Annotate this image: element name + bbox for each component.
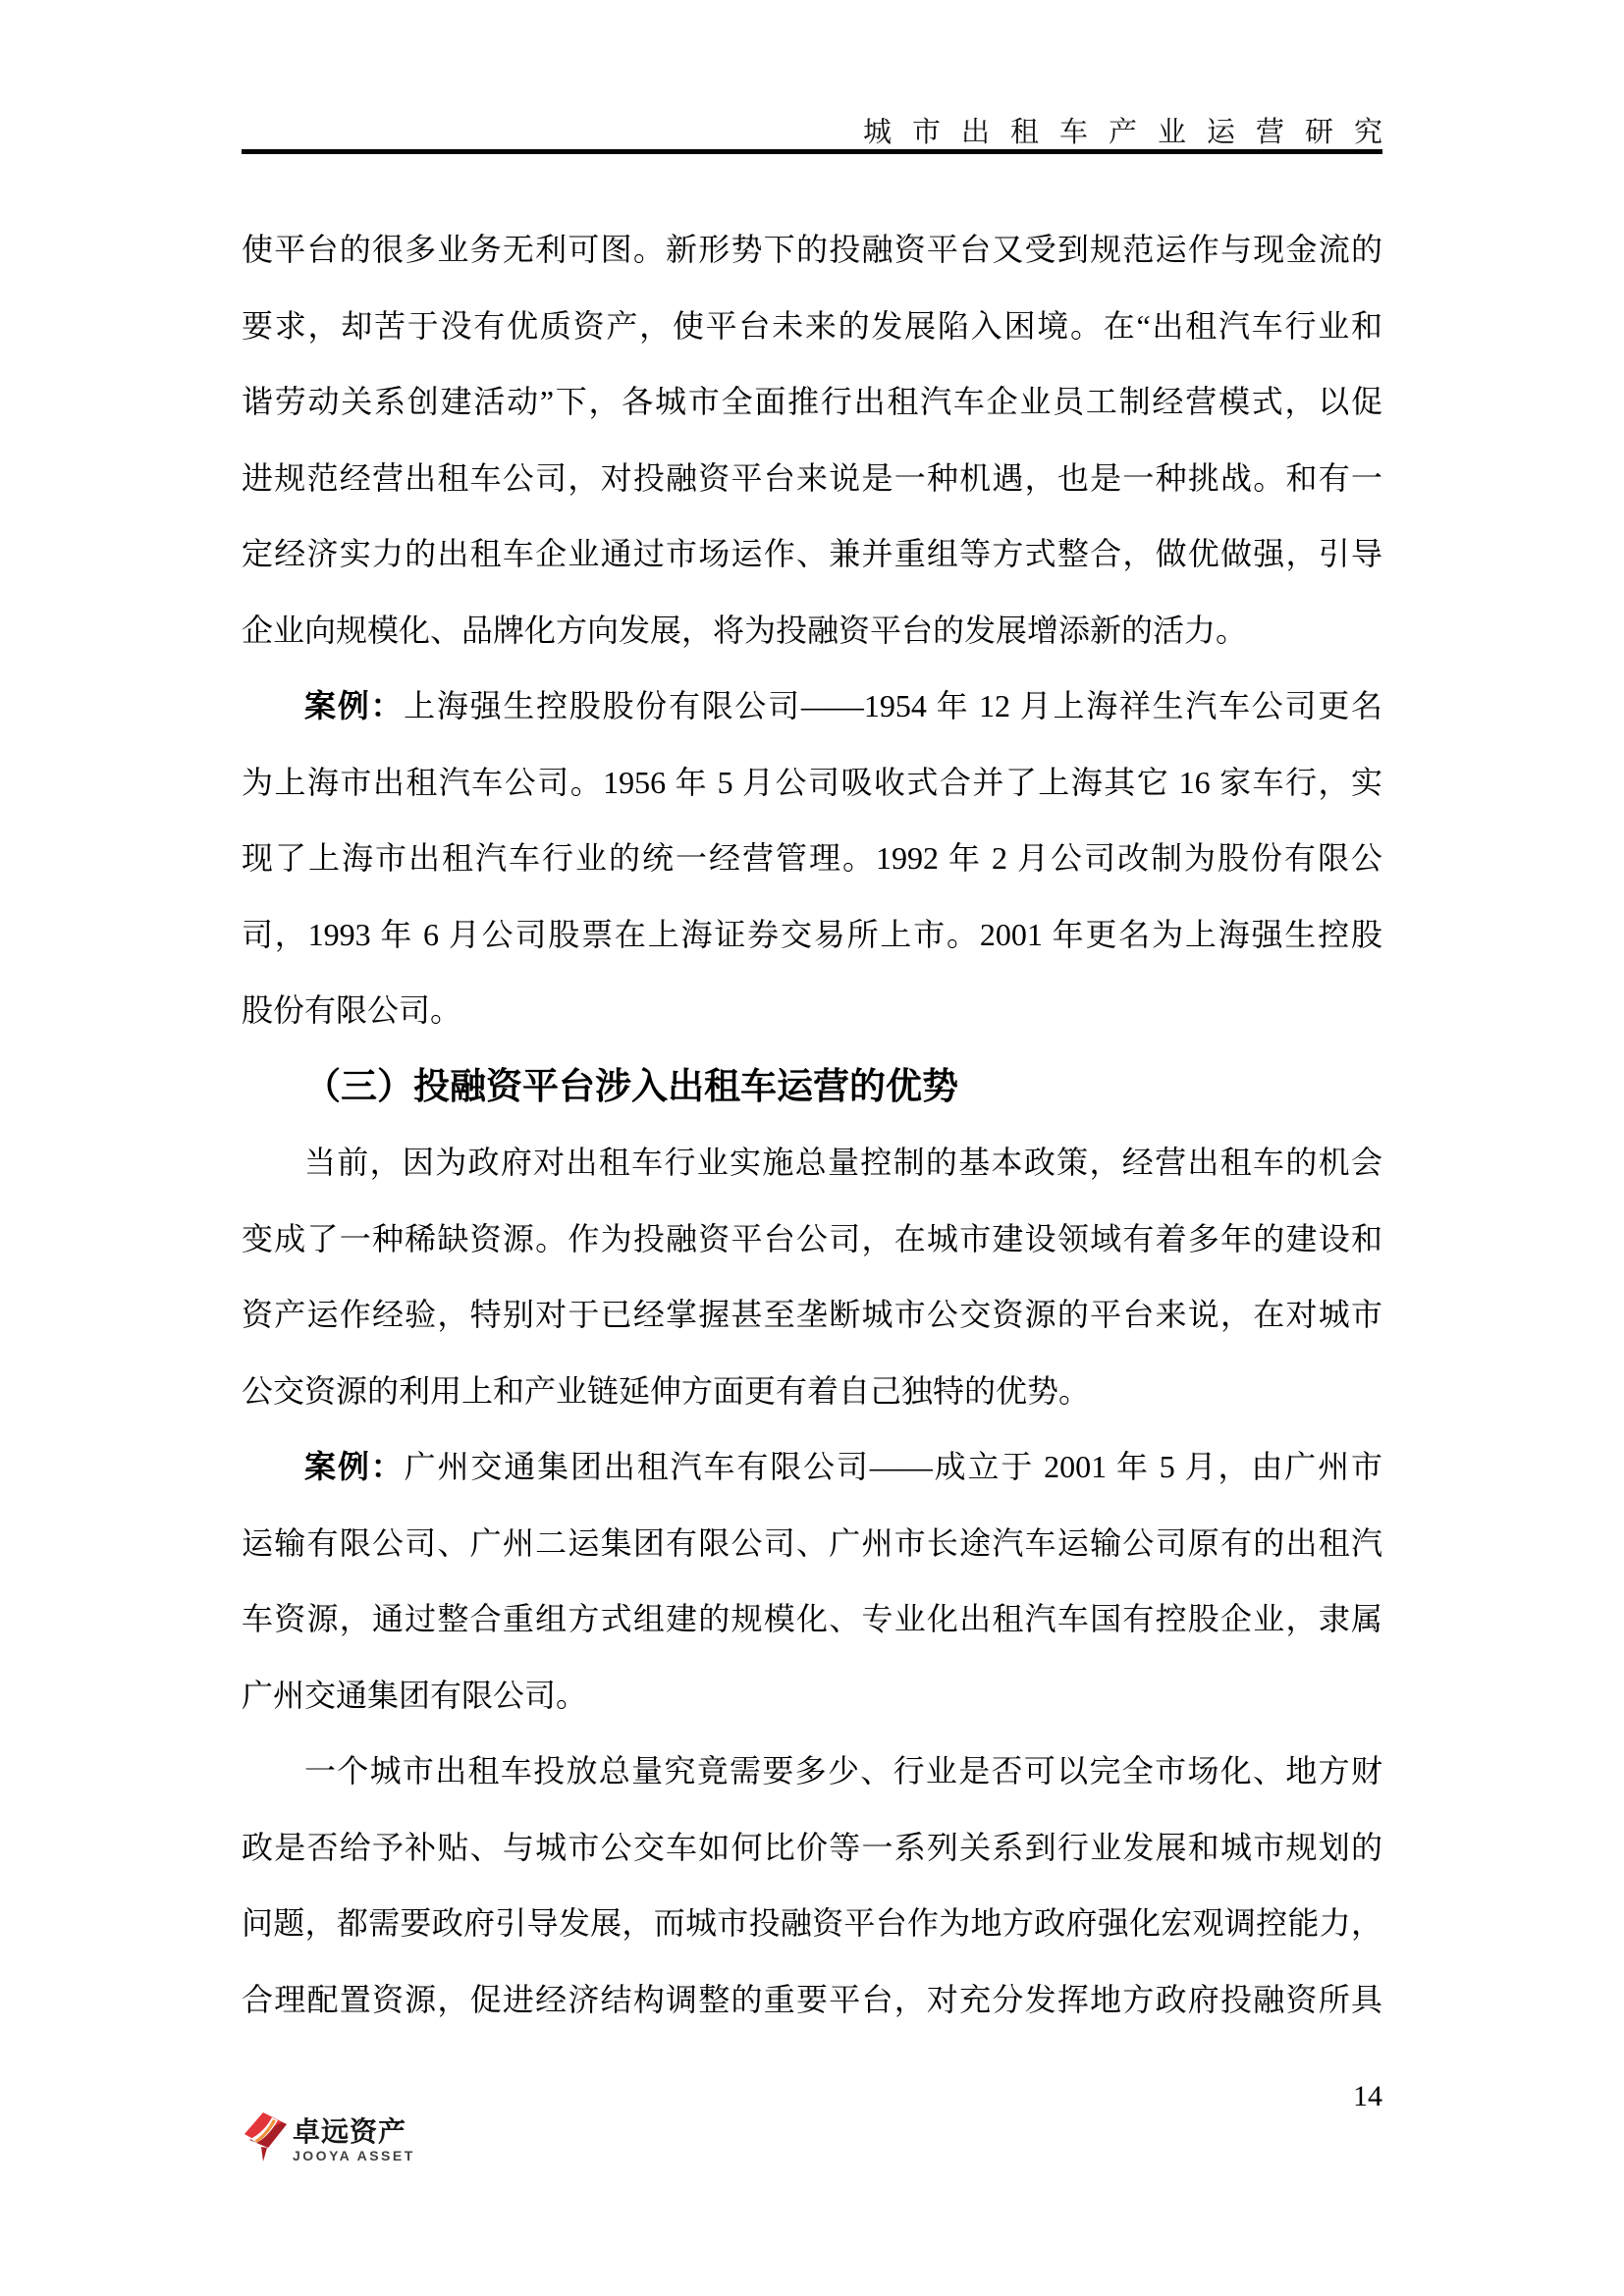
text-segment: 股份有限公司。 [242, 992, 461, 1028]
text-segment: 进规范经营出租车公司，对投融资平台来说是一种机遇，也是一种挑战。和有一 [242, 460, 1382, 496]
logo-tail [261, 2147, 267, 2162]
text-segment: 要求，却苦于没有优质资产，使平台未来的发展陷入困境。在“出租汽车行业和 [242, 308, 1382, 344]
header-title: 城市出租车产业运营研究 [863, 110, 1403, 150]
header-rule [242, 149, 1382, 154]
text-line: 案例：上海强生控股股份有限公司——1954 年 12 月上海祥生汽车公司更名 [242, 668, 1382, 745]
text-segment: 使平台的很多业务无利可图。新形势下的投融资平台又受到规范运作与现金流的 [242, 232, 1382, 267]
text-segment: 变成了一种稀缺资源。作为投融资平台公司，在城市建设领域有着多年的建设和 [242, 1221, 1382, 1256]
logo-text: 卓远资产 JOOYA ASSET [293, 2111, 415, 2163]
text-segment: 运输有限公司、广州二运集团有限公司、广州市长途汽车运输公司原有的出租汽 [242, 1525, 1382, 1561]
company-logo: 卓远资产 JOOYA ASSET [243, 2111, 415, 2163]
text-line: 司，1993 年 6 月公司股票在上海证券交易所上市。2001 年更名为上海强生… [242, 897, 1382, 974]
text-line: 当前，因为政府对出租车行业实施总量控制的基本政策，经营出租车的机会 [242, 1125, 1382, 1201]
text-line: 车资源，通过整合重组方式组建的规模化、专业化出租汽车国有控股企业，隶属 [242, 1581, 1382, 1658]
page-number: 14 [1353, 2080, 1382, 2113]
text-line: 为上海市出租汽车公司。1956 年 5 月公司吸收式合并了上海其它 16 家车行… [242, 745, 1382, 822]
text-line: 资产运作经验，特别对于已经掌握甚至垄断城市公交资源的平台来说，在对城市 [242, 1277, 1382, 1354]
text-segment: 问题，都需要政府引导发展，而城市投融资平台作为地方政府强化宏观调控能力， [242, 1905, 1382, 1941]
text-line: 运输有限公司、广州二运集团有限公司、广州市长途汽车运输公司原有的出租汽 [242, 1506, 1382, 1582]
text-line: 企业向规模化、品牌化方向发展，将为投融资平台的发展增添新的活力。 [242, 593, 1382, 669]
text-line: 进规范经营出租车公司，对投融资平台来说是一种机遇，也是一种挑战。和有一 [242, 441, 1382, 517]
section-heading: （三）投融资平台涉入出租车运营的优势 [242, 1049, 1382, 1126]
text-line: 案例：广州交通集团出租汽车有限公司——成立于 2001 年 5 月，由广州市 [242, 1429, 1382, 1506]
text-line: 定经济实力的出租车企业通过市场运作、兼并重组等方式整合，做优做强，引导 [242, 516, 1382, 593]
text-line: 要求，却苦于没有优质资产，使平台未来的发展陷入困境。在“出租汽车行业和 [242, 289, 1382, 365]
text-segment: 公交资源的利用上和产业链延伸方面更有着自己独特的优势。 [242, 1373, 1090, 1409]
text-segment-bold: 案例： [304, 1449, 405, 1484]
text-segment: 合理配置资源，促进经济结构调整的重要平台，对充分发挥地方政府投融资所具 [242, 1982, 1382, 2017]
text-segment: 司，1993 年 6 月公司股票在上海证券交易所上市。2001 年更名为上海强生… [242, 917, 1382, 952]
text-segment: 一个城市出租车投放总量究竟需要多少、行业是否可以完全市场化、地方财 [304, 1753, 1382, 1789]
text-segment: 定经济实力的出租车企业通过市场运作、兼并重组等方式整合，做优做强，引导 [242, 536, 1382, 571]
logo-name-cn: 卓远资产 [293, 2118, 415, 2146]
text-segment: 广州交通集团出租汽车有限公司——成立于 2001 年 5 月，由广州市 [405, 1449, 1382, 1484]
logo-diamond-icon [243, 2111, 290, 2163]
text-line: 使平台的很多业务无利可图。新形势下的投融资平台又受到规范运作与现金流的 [242, 212, 1382, 289]
text-segment-bold: 案例： [304, 688, 404, 723]
text-segment: 谐劳动关系创建活动”下，各城市全面推行出租汽车企业员工制经营模式，以促 [242, 384, 1382, 419]
text-segment: 现了上海市出租汽车行业的统一经营管理。1992 年 2 月公司改制为股份有限公 [242, 840, 1382, 876]
text-line: 问题，都需要政府引导发展，而城市投融资平台作为地方政府强化宏观调控能力， [242, 1886, 1382, 1962]
text-line: 公交资源的利用上和产业链延伸方面更有着自己独特的优势。 [242, 1354, 1382, 1430]
text-segment: 广州交通集团有限公司。 [242, 1678, 587, 1713]
text-segment: 当前，因为政府对出租车行业实施总量控制的基本政策，经营出租车的机会 [304, 1145, 1382, 1180]
text-line: 现了上海市出租汽车行业的统一经营管理。1992 年 2 月公司改制为股份有限公 [242, 821, 1382, 897]
text-line: 谐劳动关系创建活动”下，各城市全面推行出租汽车企业员工制经营模式，以促 [242, 364, 1382, 441]
document-body: 使平台的很多业务无利可图。新形势下的投融资平台又受到规范运作与现金流的要求，却苦… [242, 212, 1382, 2038]
text-line: 一个城市出租车投放总量究竟需要多少、行业是否可以完全市场化、地方财 [242, 1734, 1382, 1810]
text-line: 变成了一种稀缺资源。作为投融资平台公司，在城市建设领域有着多年的建设和 [242, 1201, 1382, 1278]
text-line: 股份有限公司。 [242, 973, 1382, 1049]
text-segment: 上海强生控股股份有限公司——1954 年 12 月上海祥生汽车公司更名 [404, 688, 1382, 723]
text-line: 广州交通集团有限公司。 [242, 1658, 1382, 1735]
text-line: 政是否给予补贴、与城市公交车如何比价等一系列关系到行业发展和城市规划的 [242, 1810, 1382, 1887]
text-segment-bold: （三）投融资平台涉入出租车运营的优势 [304, 1067, 958, 1107]
logo-name-en: JOOYA ASSET [293, 2149, 415, 2163]
document-page: 城市出租车产业运营研究 使平台的很多业务无利可图。新形势下的投融资平台又受到规范… [0, 0, 1624, 2296]
text-segment: 资产运作经验，特别对于已经掌握甚至垄断城市公交资源的平台来说，在对城市 [242, 1297, 1382, 1332]
text-segment: 政是否给予补贴、与城市公交车如何比价等一系列关系到行业发展和城市规划的 [242, 1830, 1382, 1865]
text-line: 合理配置资源，促进经济结构调整的重要平台，对充分发挥地方政府投融资所具 [242, 1962, 1382, 2039]
text-segment: 车资源，通过整合重组方式组建的规模化、专业化出租汽车国有控股企业，隶属 [242, 1601, 1382, 1636]
text-segment: 为上海市出租汽车公司。1956 年 5 月公司吸收式合并了上海其它 16 家车行… [242, 765, 1382, 800]
text-segment: 企业向规模化、品牌化方向发展，将为投融资平台的发展增添新的活力。 [242, 613, 1247, 648]
